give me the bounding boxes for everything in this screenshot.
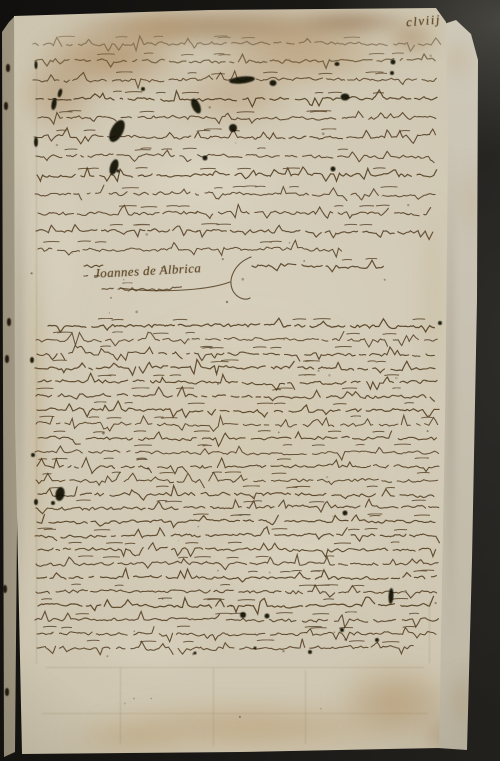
speckle xyxy=(178,540,179,541)
flourish-stroke xyxy=(120,282,230,291)
handwritten-line xyxy=(38,543,436,557)
abbreviation-bars xyxy=(53,360,386,362)
speckles xyxy=(30,54,436,718)
speckle xyxy=(435,602,437,604)
speckle xyxy=(235,142,236,143)
ink-blot xyxy=(141,87,145,91)
ink-blot xyxy=(108,158,121,176)
ink-blot xyxy=(30,357,34,363)
speckle xyxy=(278,431,280,433)
ink-blot xyxy=(341,94,350,101)
handwritten-line xyxy=(84,275,99,276)
abbreviation-bars xyxy=(97,53,404,55)
speckle xyxy=(106,655,108,657)
ink-blot xyxy=(54,486,66,502)
handwritten-line xyxy=(252,260,383,272)
speckle xyxy=(384,279,386,281)
speckle xyxy=(232,551,233,552)
speckle xyxy=(231,605,233,607)
speckle xyxy=(407,204,409,206)
handwritten-line xyxy=(37,515,435,528)
speckle xyxy=(289,242,291,244)
speckle xyxy=(389,619,391,621)
ink-blot xyxy=(106,118,128,145)
abbreviation-bars xyxy=(193,514,430,516)
speckle xyxy=(328,374,331,377)
ink-blot xyxy=(375,638,379,642)
handwritten-line xyxy=(35,446,439,460)
ink-blot xyxy=(335,62,340,66)
heading-flourishes xyxy=(120,257,251,299)
speckle xyxy=(334,631,335,632)
speckle xyxy=(332,516,334,518)
speckle xyxy=(195,211,197,213)
handwritten-line xyxy=(38,596,434,614)
handwritten-line xyxy=(38,111,436,124)
ink-blot xyxy=(254,647,257,650)
abbreviation-bars xyxy=(78,168,386,170)
speckle xyxy=(241,278,244,281)
ink-blot xyxy=(57,88,63,98)
abbreviation-bars xyxy=(100,346,351,348)
abbreviation-bars xyxy=(71,584,364,586)
handwritten-line xyxy=(38,240,342,257)
speckle xyxy=(134,631,136,633)
handwritten-line xyxy=(33,36,441,51)
ink-blot xyxy=(331,167,336,172)
speckle xyxy=(188,339,190,341)
ink-blot xyxy=(340,628,344,632)
handwritten-line xyxy=(35,54,435,68)
ink-blot xyxy=(390,71,394,75)
handwritten-line xyxy=(37,346,434,362)
speckle xyxy=(318,370,320,372)
manuscript-photo: clviij Joannes de Albrica xyxy=(0,0,500,761)
heading-scribbles xyxy=(84,258,383,291)
ink-blot xyxy=(270,80,277,86)
speckle xyxy=(217,570,219,572)
abbreviation-bars xyxy=(248,570,434,572)
handwritten-line xyxy=(35,360,435,376)
speckle xyxy=(404,590,407,593)
speckle xyxy=(283,339,284,340)
ink-blot xyxy=(51,501,55,505)
handwritten-line xyxy=(35,527,439,543)
handwritten-line xyxy=(38,486,434,501)
speckle xyxy=(30,272,32,274)
speckle xyxy=(217,383,219,385)
handwritten-line xyxy=(38,431,436,446)
entry-1-text xyxy=(33,36,441,257)
ink-blot xyxy=(438,321,442,325)
speckle xyxy=(147,467,149,469)
speckle xyxy=(150,698,152,700)
handwritten-line xyxy=(37,569,436,583)
abbreviation-bars xyxy=(65,148,348,150)
handwritten-line xyxy=(36,332,437,348)
abbreviation-bars xyxy=(110,224,372,226)
ink-blot xyxy=(117,170,120,173)
abbreviation-bars xyxy=(76,612,419,615)
handwritten-line xyxy=(36,585,437,598)
speckle xyxy=(395,377,398,380)
speckle xyxy=(102,432,105,435)
abbreviation-bars xyxy=(134,444,411,446)
speckle xyxy=(145,233,148,236)
ink-blot xyxy=(203,156,208,161)
ink-blot xyxy=(34,499,38,505)
speckle xyxy=(282,650,285,653)
abbreviation-bars xyxy=(58,36,360,38)
abbreviation-bars xyxy=(36,388,400,390)
speckle xyxy=(215,371,216,372)
abbreviation-bars xyxy=(69,542,400,544)
abbreviation-bars xyxy=(76,500,426,502)
abbreviation-bars xyxy=(50,486,395,489)
speckle xyxy=(252,496,254,498)
speckle xyxy=(162,598,164,600)
abbreviation-bars xyxy=(116,72,387,75)
speckle xyxy=(222,258,224,260)
abbreviation-bars xyxy=(122,283,132,284)
abbreviation-bars xyxy=(38,528,408,530)
speckle xyxy=(344,639,346,641)
speckle xyxy=(429,54,432,57)
abbreviation-bars xyxy=(87,640,400,643)
abbreviation-bars xyxy=(41,598,408,600)
handwriting-layer xyxy=(0,0,500,761)
ink-blot xyxy=(388,588,394,604)
entry-2-text xyxy=(35,318,439,655)
abbreviation-bars xyxy=(98,318,425,320)
abbreviation-bars xyxy=(53,332,396,335)
speckle xyxy=(425,381,426,382)
abbreviation-bars xyxy=(98,375,399,377)
speckle xyxy=(427,430,429,432)
abbreviation-bars xyxy=(94,402,414,405)
speckle xyxy=(269,571,271,573)
speckle xyxy=(71,253,73,255)
abbreviation-bars xyxy=(122,186,398,188)
speckle xyxy=(51,632,52,633)
speckle xyxy=(110,297,112,299)
handwritten-line xyxy=(36,499,439,514)
handwritten-line xyxy=(36,225,433,240)
handwritten-line xyxy=(35,185,435,200)
speckle xyxy=(135,311,138,314)
abbreviation-bars xyxy=(119,205,390,207)
speckle xyxy=(226,301,228,303)
speckle xyxy=(124,703,126,705)
ink-blot xyxy=(391,60,396,65)
handwritten-line xyxy=(48,318,434,332)
ink-blot xyxy=(240,612,246,618)
handwritten-line xyxy=(37,458,439,474)
handwritten-line xyxy=(36,150,434,162)
speckle xyxy=(322,132,325,135)
ink-blot xyxy=(308,650,312,654)
abbreviation-bars xyxy=(39,416,432,419)
ink-blot xyxy=(343,511,348,516)
speckle xyxy=(326,476,328,478)
handwritten-line xyxy=(37,167,437,181)
abbreviation-bars xyxy=(38,458,429,460)
speckle xyxy=(109,312,110,313)
speckle xyxy=(196,230,198,232)
flourish-stroke xyxy=(231,257,251,299)
ink-blot xyxy=(265,614,270,619)
abbreviation-bars xyxy=(113,91,384,93)
abbreviation-bars xyxy=(42,472,429,474)
handwritten-line xyxy=(36,472,438,488)
ink-blot xyxy=(35,61,38,69)
abbreviation-bars xyxy=(43,626,416,628)
speckle xyxy=(123,279,125,281)
speckle xyxy=(197,526,199,528)
handwritten-line xyxy=(37,401,439,417)
ink-blots xyxy=(30,60,442,655)
ink-blot xyxy=(31,453,35,457)
speckle xyxy=(133,698,135,700)
speckle xyxy=(161,267,163,269)
speckle xyxy=(320,708,321,709)
handwritten-line xyxy=(36,555,438,570)
speckle xyxy=(192,653,195,656)
handwritten-line xyxy=(38,205,431,219)
speckle xyxy=(239,716,241,718)
ink-blot xyxy=(34,137,38,147)
speckle xyxy=(381,195,382,196)
speckle xyxy=(303,260,305,262)
handwritten-line xyxy=(36,415,438,431)
handwritten-line xyxy=(84,265,103,268)
speckle xyxy=(56,144,58,146)
handwritten-line xyxy=(36,387,434,402)
ink-blot xyxy=(229,124,237,132)
speckle xyxy=(208,106,211,109)
abbreviation-bars xyxy=(43,241,282,243)
